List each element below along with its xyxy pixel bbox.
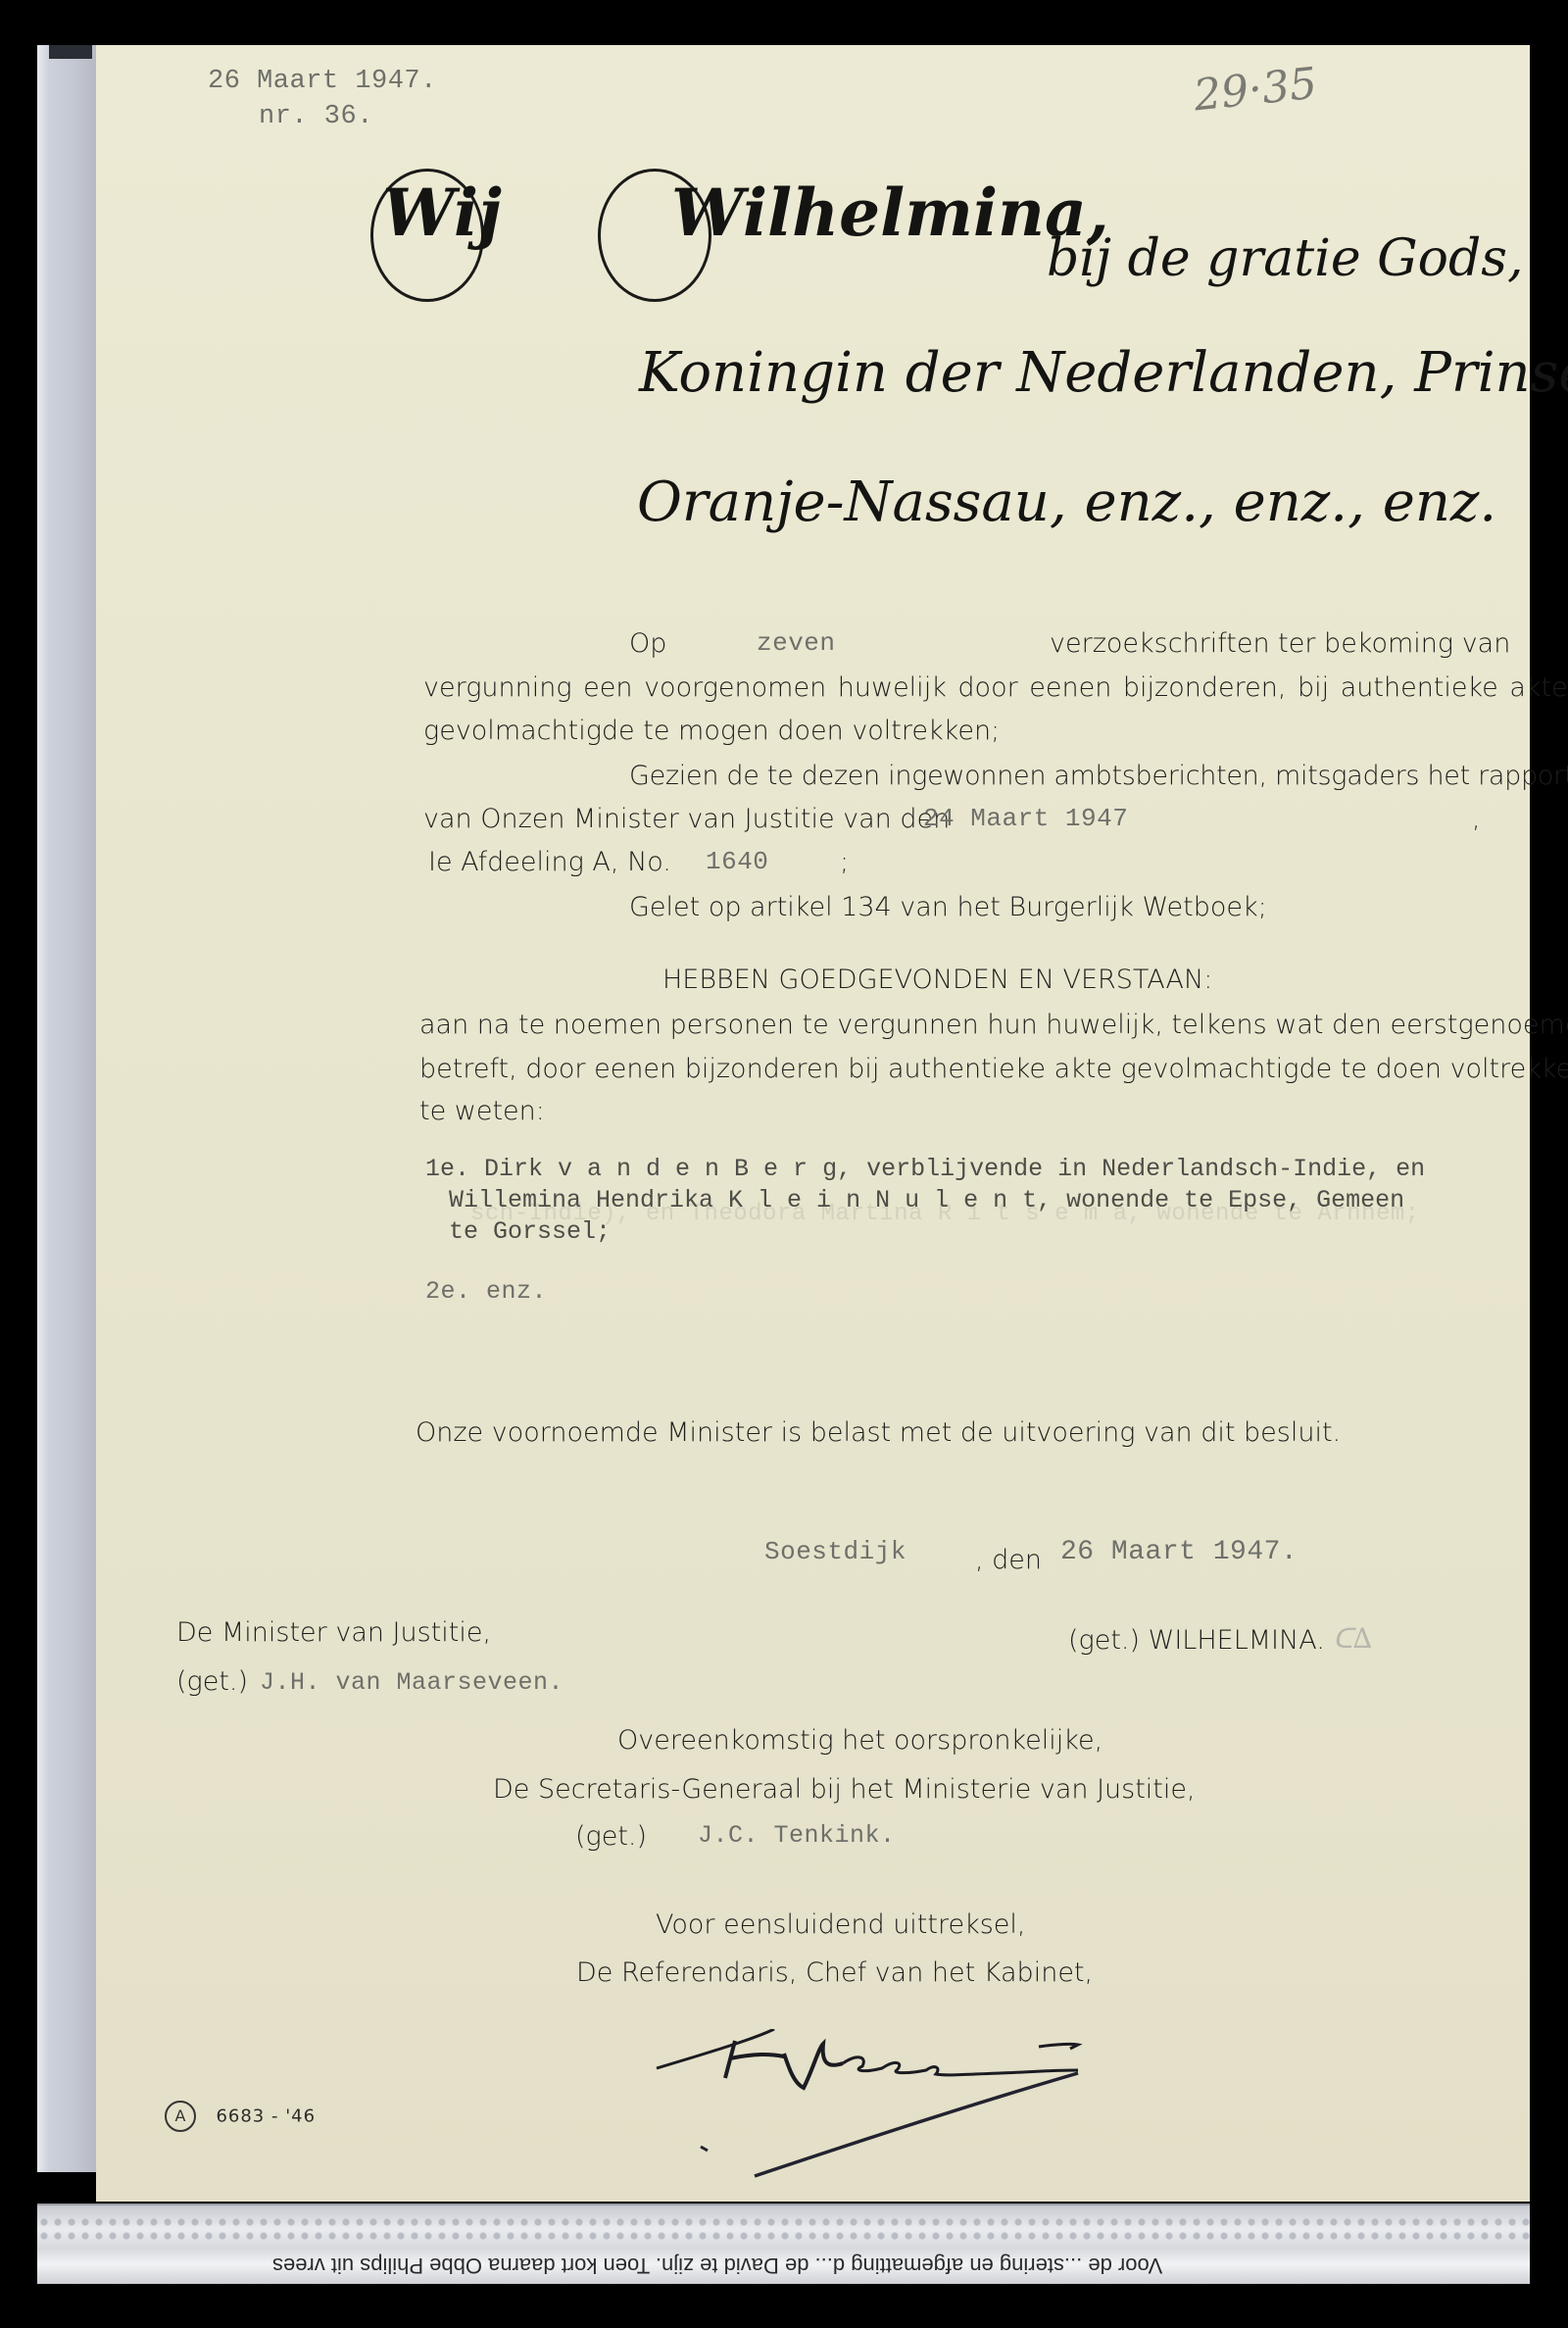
title-word-wij: Wij — [382, 174, 502, 251]
typed-place: Soestdijk — [764, 1537, 906, 1566]
para1-line3: gevolmachtigde te mogen doen voltrekken; — [423, 716, 1000, 746]
typed-number: nr. 36. — [259, 102, 373, 131]
list-item-1-line3: te Gorssel; — [449, 1217, 611, 1246]
list-item-1-line2: Willemina Hendrika K l e i n N u l e n t… — [449, 1186, 1404, 1214]
title-line2: Koningin der Nederlanden, Prinses van — [639, 341, 1568, 405]
secretary-general-name: J.C. Tenkink. — [698, 1821, 896, 1850]
conformity-line1: Overeenkomstig het oorspronkelijke, — [617, 1725, 1102, 1756]
department-label: Ie Afdeeling A, No. — [428, 847, 671, 877]
minister-name: J.H. van Maarseveen. — [260, 1668, 563, 1697]
para5-line3: te weten: — [419, 1096, 545, 1126]
conformity-line2: De Secretaris-Generaal bij het Ministeri… — [493, 1774, 1196, 1805]
para1-line2: vergunning een voorgenomen huwelijk door… — [423, 672, 1568, 703]
decision-heading: HEBBEN GOEDGEVONDEN EN VERSTAAN: — [662, 965, 1212, 995]
para1-rest: verzoekschriften ter bekoming van — [1050, 628, 1510, 659]
title-line3: Oranje-Nassau, enz., enz., enz. — [637, 471, 1496, 534]
plastic-sleeve-bottom-edge: Voor de ...stering en afgematting d... d… — [37, 2204, 1530, 2284]
para1-start: Op — [629, 628, 666, 659]
para2-line1: Gezien de te dezen ingewonnen ambtsberic… — [629, 761, 1568, 791]
para2-line2: van Onzen Minister van Justitie van den — [423, 804, 950, 834]
para5-line1: aan na te noemen personen te vergunnen h… — [419, 1010, 1568, 1040]
typed-signing-date: 26 Maart 1947. — [1060, 1537, 1298, 1567]
pencil-mark: ᑕ∆ — [1333, 1622, 1372, 1655]
minister-title: De Minister van Justitie, — [176, 1617, 491, 1648]
para4-article: Gelet op artikel 134 van het Burgerlijk … — [629, 892, 1267, 922]
list-item-2: 2e. enz. — [425, 1277, 547, 1306]
typed-date: 26 Maart 1947. — [208, 67, 437, 96]
extract-line2: De Referendaris, Chef van het Kabinet, — [576, 1957, 1093, 1988]
list-item-1-line1: 1e. Dirk v a n d e n B e r g, verblijven… — [425, 1155, 1425, 1183]
inverted-newsprint-text: Voor de ...stering en afgematting d... d… — [272, 2253, 1448, 2278]
closing-sentence: Onze voornoemde Minister is belast met d… — [416, 1417, 1341, 1448]
den-label: , den — [975, 1545, 1042, 1575]
extract-line1: Voor eensluidend uittreksel, — [656, 1909, 1026, 1940]
title-word-wilhelmina: Wilhelmina, — [671, 174, 1109, 251]
queen-signature-line: (get.) WILHELMINA. — [1068, 1625, 1325, 1656]
para2-comma: , — [1472, 804, 1481, 834]
printer-logo-icon: A — [165, 2101, 196, 2132]
sleeve-clip — [49, 45, 92, 59]
department-semicolon: ; — [840, 847, 849, 877]
printer-imprint: A 6683 - '46 — [165, 2101, 316, 2132]
title-line1-rest: bij de gratie Gods, — [1047, 229, 1523, 288]
typed-department-number: 1640 — [706, 847, 768, 876]
conformity-get-label: (get.) — [575, 1821, 647, 1852]
plastic-sleeve-left-edge — [37, 45, 96, 2172]
typed-report-date: 24 Maart 1947 — [923, 804, 1128, 833]
para5-line2: betreft, door eenen bijzonderen bij auth… — [419, 1054, 1568, 1084]
minister-get-label: (get.) — [176, 1666, 248, 1697]
handwritten-signature — [647, 2029, 1156, 2186]
typed-request-count: zeven — [757, 628, 836, 658]
sleeve-texture — [37, 2215, 1530, 2241]
print-code: 6683 - '46 — [216, 2106, 316, 2127]
